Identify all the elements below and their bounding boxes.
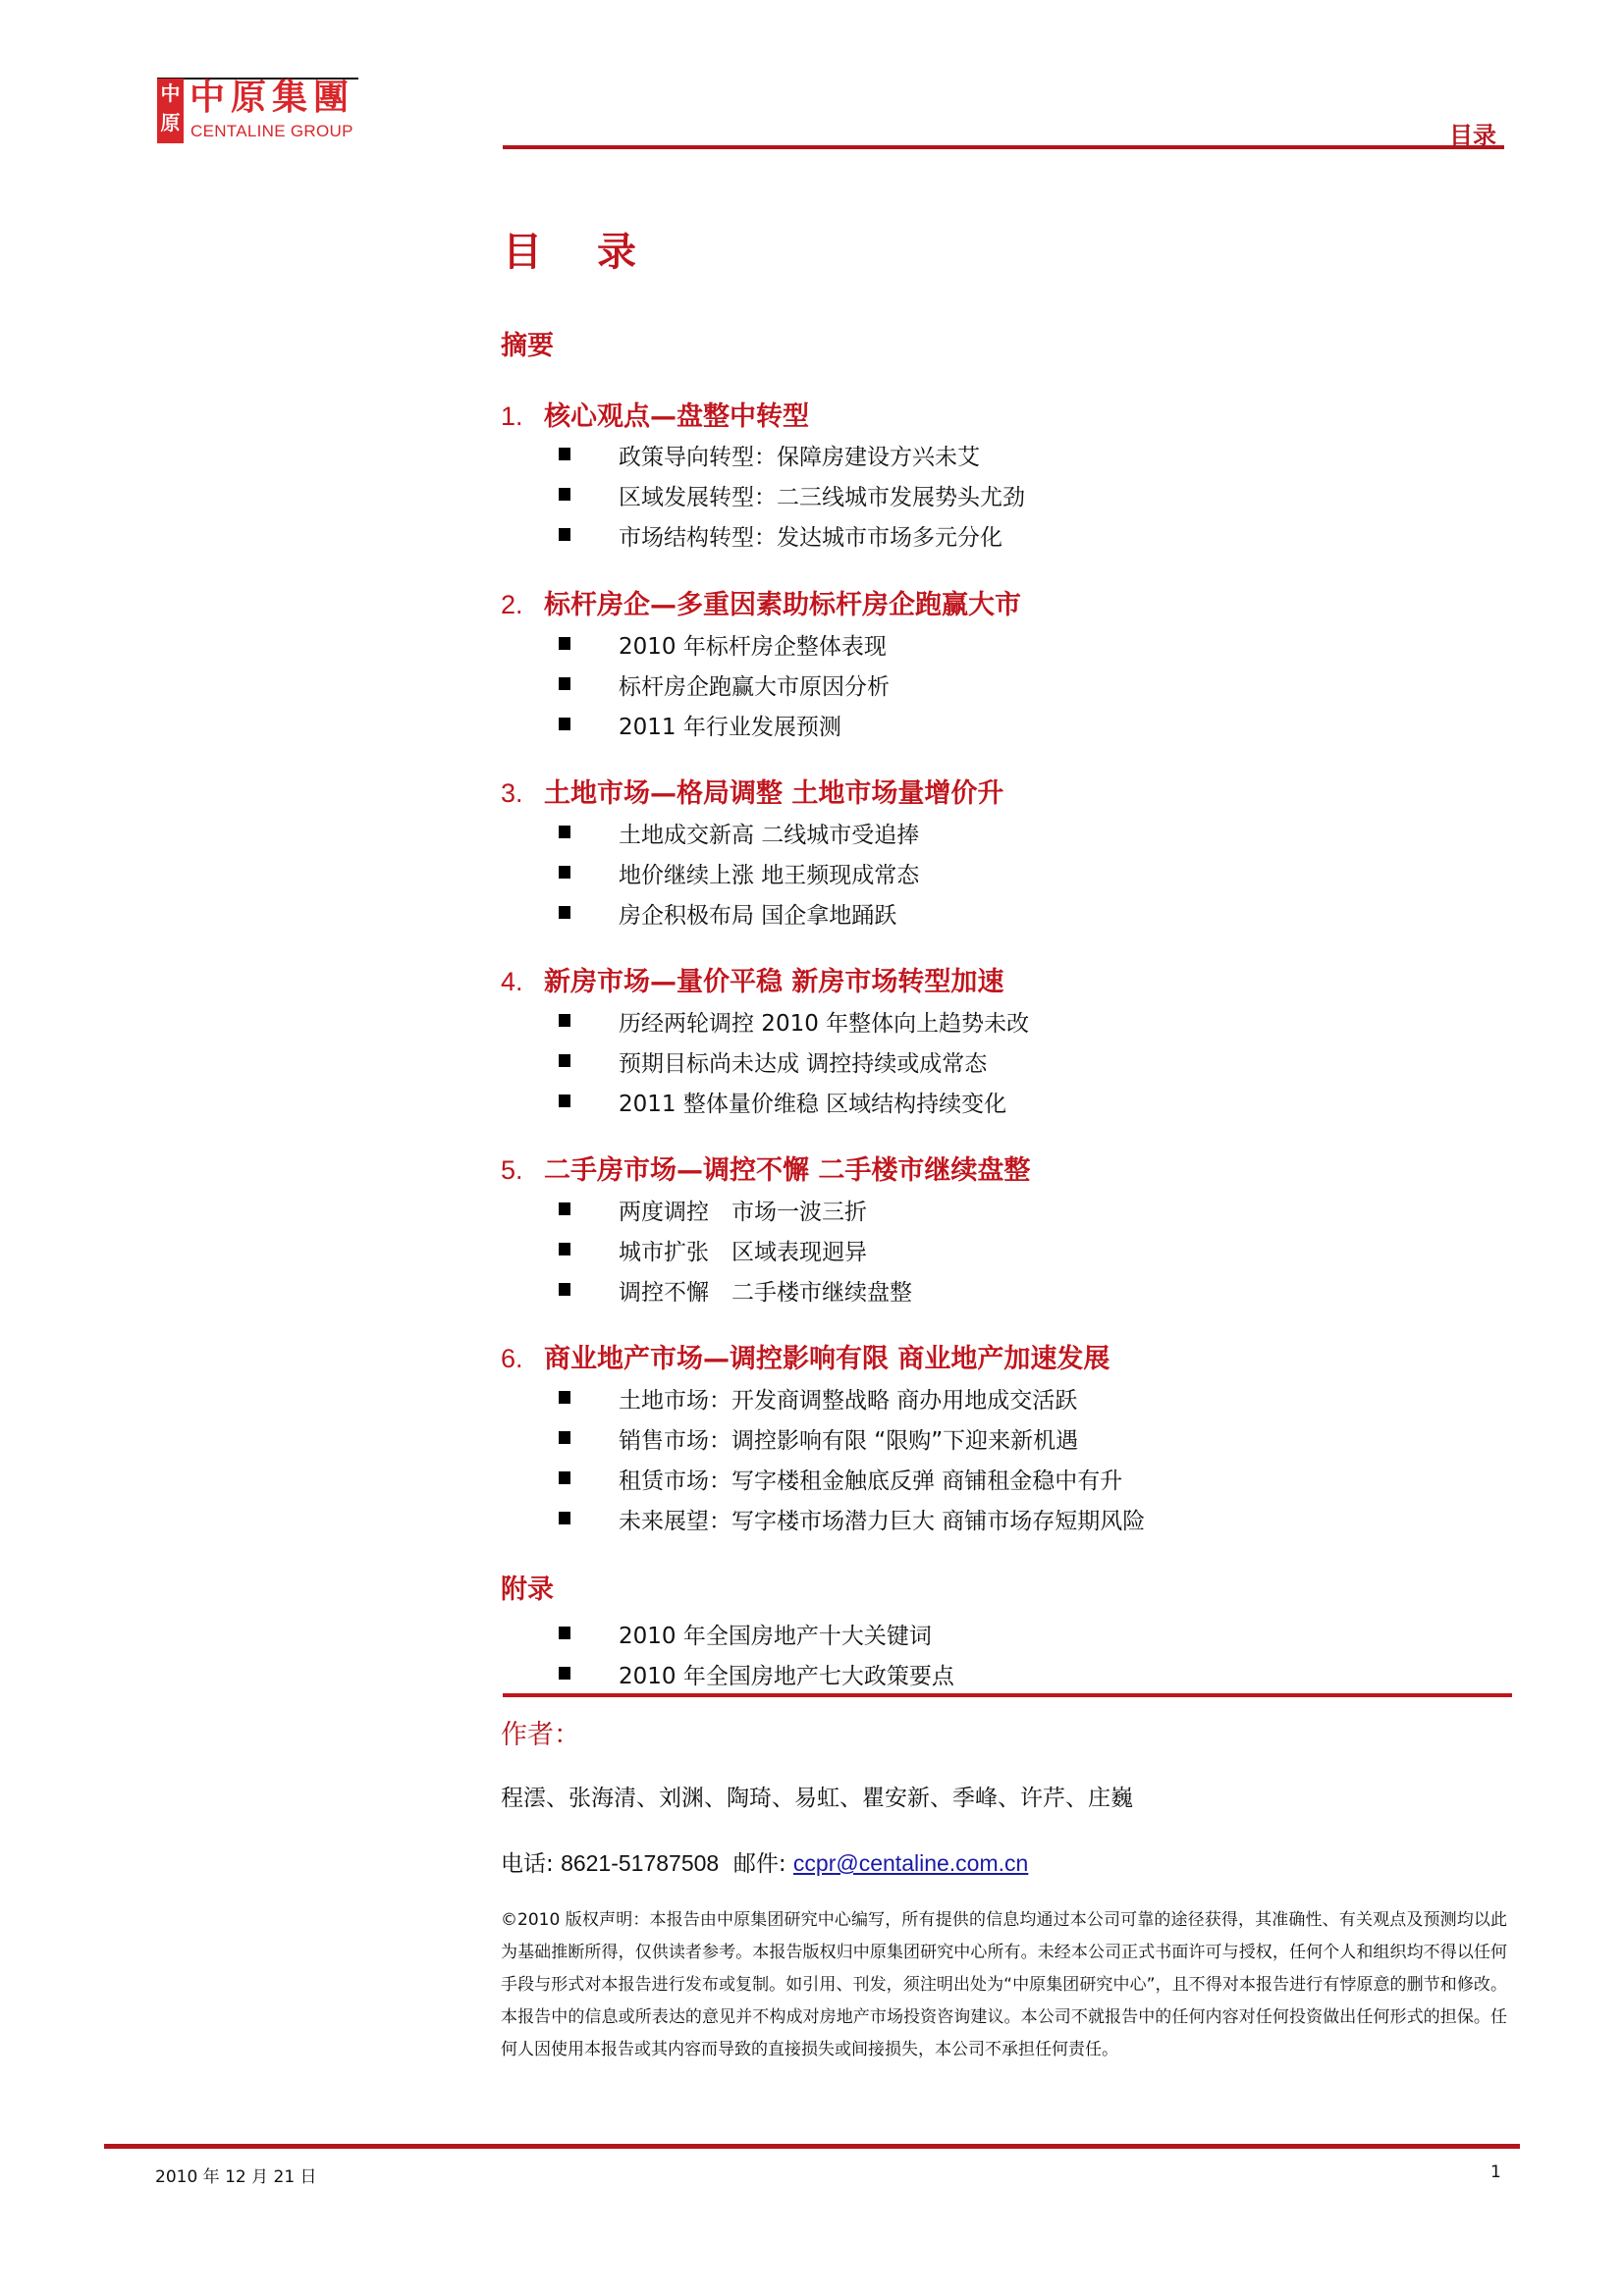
toc-item-label: 调控不懈 二手楼市继续盘整 xyxy=(619,1280,912,1306)
authors-heading: 作者： xyxy=(501,1713,580,1751)
section-number: 3. xyxy=(501,778,544,809)
toc-item-label: 2010 年标杆房企整体表现 xyxy=(619,634,887,660)
section-title: 二手房市场—调控不懈 二手楼市继续盘整 xyxy=(544,1155,1030,1186)
toc-summary-heading[interactable]: 摘要 xyxy=(501,324,554,362)
toc-item[interactable]: 2010 年全国房地产七大政策要点 xyxy=(619,1658,954,1690)
square-bullet-icon xyxy=(559,528,570,541)
square-bullet-icon xyxy=(559,448,570,460)
square-bullet-icon xyxy=(559,1095,570,1107)
square-bullet-icon xyxy=(559,1054,570,1067)
contact-line: 电话: 8621-51787508 邮件: ccpr@centaline.com… xyxy=(501,1845,1028,1878)
toc-item[interactable]: 土地市场：开发商调整战略 商办用地成交活跃 xyxy=(619,1382,1077,1415)
toc-item-label: 两度调控 市场一波三折 xyxy=(619,1200,867,1225)
section-number: 2. xyxy=(501,590,544,620)
toc-item[interactable]: 城市扩张 区域表现迥异 xyxy=(619,1234,867,1266)
square-bullet-icon xyxy=(559,866,570,879)
toc-item-label: 房企积极布局 国企拿地踊跃 xyxy=(619,903,896,929)
toc-item-label: 区域发展转型：二三线城市发展势头尤劲 xyxy=(619,485,1025,510)
toc-item[interactable]: 标杆房企跑赢大市原因分析 xyxy=(619,668,890,701)
toc-item-label: 标杆房企跑赢大市原因分析 xyxy=(619,674,890,700)
section-number: 4. xyxy=(501,967,544,997)
toc-item-label: 未来展望：写字楼市场潜力巨大 商铺市场存短期风险 xyxy=(619,1509,1145,1534)
page-number: 1 xyxy=(1490,2163,1501,2182)
toc-item[interactable]: 两度调控 市场一波三折 xyxy=(619,1194,867,1226)
toc-item[interactable]: 房企积极布局 国企拿地踊跃 xyxy=(619,897,896,930)
toc-item[interactable]: 区域发展转型：二三线城市发展势头尤劲 xyxy=(619,479,1025,511)
toc-item-label: 地价继续上涨 地王频现成常态 xyxy=(619,863,919,888)
toc-item[interactable]: 未来展望：写字楼市场潜力巨大 商铺市场存短期风险 xyxy=(619,1503,1145,1535)
toc-item[interactable]: 地价继续上涨 地王频现成常态 xyxy=(619,857,919,889)
toc-item[interactable]: 调控不懈 二手楼市继续盘整 xyxy=(619,1274,912,1307)
toc-item-label: 2011 整体量价维稳 区域结构持续变化 xyxy=(619,1092,1006,1117)
author-names: 程澐、张海清、刘渊、陶琦、易虹、瞿安新、季峰、许芹、庄巍 xyxy=(501,1780,1133,1812)
section-number: 6. xyxy=(501,1344,544,1374)
centaline-logo: 中 原 中原集團 CENTALINE GROUP xyxy=(157,79,358,143)
section-title: 土地市场—格局调整 土地市场量增价升 xyxy=(544,778,1003,809)
square-bullet-icon xyxy=(559,718,570,730)
toc-section-2[interactable]: 2.标杆房企—多重因素助标杆房企跑赢大市 xyxy=(501,583,1021,621)
toc-item-label: 历经两轮调控 2010 年整体向上趋势未改 xyxy=(619,1011,1029,1037)
toc-item-label: 市场结构转型：发达城市市场多元分化 xyxy=(619,525,1002,551)
section-number: 1. xyxy=(501,401,544,432)
phone-label: 电话: xyxy=(501,1851,554,1877)
phone-number: 8621-51787508 xyxy=(561,1850,719,1876)
section-title: 标杆房企—多重因素助标杆房企跑赢大市 xyxy=(544,590,1021,620)
toc-item-label: 城市扩张 区域表现迥异 xyxy=(619,1240,867,1265)
square-bullet-icon xyxy=(559,1391,570,1404)
square-bullet-icon xyxy=(559,826,570,838)
toc-section-6[interactable]: 6.商业地产市场—调控影响有限 商业地产加速发展 xyxy=(501,1337,1110,1375)
footer-date: 2010 年 12 月 21 日 xyxy=(155,2163,317,2187)
logo-seal-char: 中 xyxy=(157,79,184,108)
square-bullet-icon xyxy=(559,637,570,650)
toc-section-1[interactable]: 1.核心观点—盘整中转型 xyxy=(501,395,809,433)
email-label: 邮件: xyxy=(733,1851,786,1877)
square-bullet-icon xyxy=(559,1471,570,1484)
toc-item-label: 租赁市场：写字楼租金触底反弹 商铺租金稳中有升 xyxy=(619,1468,1122,1494)
toc-item-label: 2010 年全国房地产七大政策要点 xyxy=(619,1664,954,1689)
toc-item[interactable]: 土地成交新高 二线城市受追捧 xyxy=(619,817,919,849)
section-title: 新房市场—量价平稳 新房市场转型加速 xyxy=(544,967,1003,997)
toc-item[interactable]: 2010 年全国房地产十大关键词 xyxy=(619,1618,932,1650)
toc-item-label: 2010 年全国房地产十大关键词 xyxy=(619,1624,932,1649)
authors-divider xyxy=(503,1693,1512,1697)
footer-rule xyxy=(104,2144,1520,2149)
square-bullet-icon xyxy=(559,1512,570,1524)
toc-item[interactable]: 销售市场：调控影响有限 “限购”下迎来新机遇 xyxy=(619,1422,1078,1455)
toc-section-4[interactable]: 4.新房市场—量价平稳 新房市场转型加速 xyxy=(501,960,1003,998)
toc-item[interactable]: 2011 整体量价维稳 区域结构持续变化 xyxy=(619,1086,1006,1118)
square-bullet-icon xyxy=(559,1202,570,1215)
toc-item-label: 政策导向转型：保障房建设方兴未艾 xyxy=(619,445,980,470)
toc-item-label: 销售市场：调控影响有限 “限购”下迎来新机遇 xyxy=(619,1428,1078,1454)
square-bullet-icon xyxy=(559,677,570,690)
logo-english-name: CENTALINE GROUP xyxy=(190,122,353,141)
email-link[interactable]: ccpr@centaline.com.cn xyxy=(793,1850,1028,1876)
square-bullet-icon xyxy=(559,1627,570,1639)
toc-item[interactable]: 市场结构转型：发达城市市场多元分化 xyxy=(619,519,1002,552)
toc-appendix-heading[interactable]: 附录 xyxy=(501,1568,554,1606)
section-title: 商业地产市场—调控影响有限 商业地产加速发展 xyxy=(544,1344,1110,1374)
section-title: 核心观点—盘整中转型 xyxy=(544,401,809,432)
header-rule xyxy=(503,145,1504,149)
toc-section-3[interactable]: 3.土地市场—格局调整 土地市场量增价升 xyxy=(501,772,1003,810)
toc-item-label: 土地市场：开发商调整战略 商办用地成交活跃 xyxy=(619,1388,1077,1414)
page-title: 目录 xyxy=(503,221,691,277)
logo-seal-char: 原 xyxy=(157,108,184,137)
toc-item[interactable]: 历经两轮调控 2010 年整体向上趋势未改 xyxy=(619,1005,1029,1038)
square-bullet-icon xyxy=(559,1014,570,1027)
toc-item[interactable]: 预期目标尚未达成 调控持续或成常态 xyxy=(619,1045,987,1078)
copyright-disclaimer: ©2010 版权声明：本报告由中原集团研究中心编写，所有提供的信息均通过本公司可… xyxy=(501,1904,1507,2066)
toc-section-5[interactable]: 5.二手房市场—调控不懈 二手楼市继续盘整 xyxy=(501,1148,1030,1187)
toc-item[interactable]: 政策导向转型：保障房建设方兴未艾 xyxy=(619,439,980,471)
square-bullet-icon xyxy=(559,1283,570,1296)
toc-item-label: 预期目标尚未达成 调控持续或成常态 xyxy=(619,1051,987,1077)
square-bullet-icon xyxy=(559,1243,570,1255)
logo-seal-icon: 中 原 xyxy=(157,79,184,143)
square-bullet-icon xyxy=(559,906,570,919)
logo-chinese-name: 中原集團 xyxy=(189,77,354,120)
toc-item[interactable]: 租赁市场：写字楼租金触底反弹 商铺租金稳中有升 xyxy=(619,1463,1122,1495)
toc-item-label: 土地成交新高 二线城市受追捧 xyxy=(619,823,919,848)
square-bullet-icon xyxy=(559,1431,570,1444)
square-bullet-icon xyxy=(559,1667,570,1680)
square-bullet-icon xyxy=(559,488,570,501)
toc-item[interactable]: 2011 年行业发展预测 xyxy=(619,709,841,741)
section-number: 5. xyxy=(501,1155,544,1186)
toc-item-label: 2011 年行业发展预测 xyxy=(619,715,841,740)
toc-item[interactable]: 2010 年标杆房企整体表现 xyxy=(619,628,887,661)
